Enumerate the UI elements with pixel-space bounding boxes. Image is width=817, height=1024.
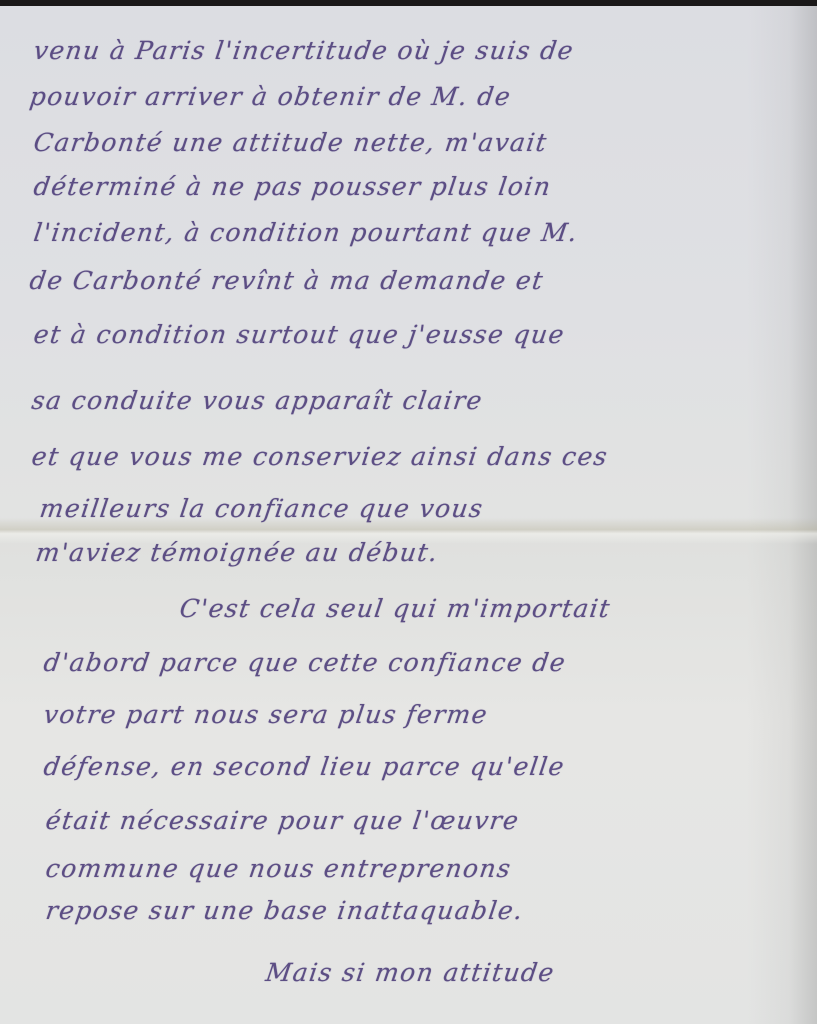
letter-line: pouvoir arriver à obtenir de M. de — [28, 82, 513, 111]
letter-line: déterminé à ne pas pousser plus loin — [32, 172, 554, 201]
letter-line: Carbonté une attitude nette, m'avait — [32, 128, 549, 157]
letter-line: m'aviez témoignée au début. — [34, 538, 440, 567]
letter-line: défense, en second lieu parce qu'elle — [42, 752, 567, 781]
letter-page: venu à Paris l'incertitude où je suis de… — [0, 6, 817, 1024]
letter-line: commune que nous entreprenons — [44, 854, 513, 883]
letter-line: sa conduite vous apparaît claire — [30, 386, 485, 415]
letter-line: meilleurs la confiance que vous — [38, 494, 486, 523]
letter-line: d'abord parce que cette confiance de — [42, 648, 568, 677]
page-edge-shadow — [747, 6, 817, 1024]
letter-line: venu à Paris l'incertitude où je suis de — [32, 36, 576, 65]
letter-line: votre part nous sera plus ferme — [42, 700, 490, 729]
letter-line: et à condition surtout que j'eusse que — [32, 320, 567, 349]
letter-line: de Carbonté revînt à ma demande et — [28, 266, 546, 295]
letter-line: était nécessaire pour que l'œuvre — [44, 806, 521, 835]
letter-line: et que vous me conserviez ainsi dans ces — [30, 442, 610, 471]
letter-line: repose sur une base inattaquable. — [44, 896, 526, 925]
letter-line: l'incident, à condition pourtant que M. — [32, 218, 580, 247]
letter-line-paragraph-start: Mais si mon attitude — [264, 958, 557, 987]
letter-line-paragraph-start: C'est cela seul qui m'importait — [178, 594, 613, 623]
